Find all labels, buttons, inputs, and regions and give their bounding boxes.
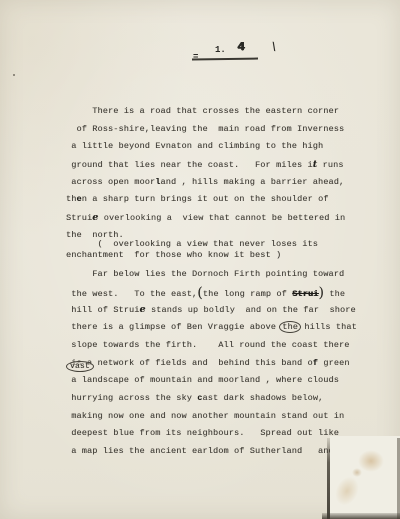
text-segment: ground that lies near the coast. For mil… <box>66 160 313 170</box>
text-segment: th <box>66 194 77 204</box>
text-segment: slope towards the firth. All round the c… <box>66 340 350 350</box>
text-segment: a landscape of mountain and moorland , w… <box>66 375 339 385</box>
stain <box>13 74 15 76</box>
text-segment: a little beyond Evnaton and climbing to … <box>66 141 323 151</box>
text-segment: ( overlooking a view that never loses it… <box>66 239 318 249</box>
annotation-circled-word: vast <box>66 361 94 372</box>
typed-line: of Ross-shire,leaving the main road from… <box>66 121 366 139</box>
equals-mark: = <box>193 52 197 62</box>
text-segment: runs <box>317 160 343 170</box>
strikethrough-mark <box>192 58 258 61</box>
struck-out-word: Strui <box>292 289 318 299</box>
typed-line: Struie overlooking a view that cannot be… <box>66 209 366 227</box>
handwritten-parenthesis: ) <box>318 285 324 301</box>
typed-line: slope towards the firth. All round the c… <box>66 337 366 355</box>
under-sheet-corner <box>330 436 400 519</box>
text-segment: the <box>324 289 345 299</box>
text-segment: ast dark shadows below, <box>203 393 324 403</box>
text-segment: hills that <box>299 322 357 332</box>
typed-line: enchantment for those who know it best ) <box>66 250 366 261</box>
text-segment: Strui <box>66 213 92 223</box>
typed-text: There is a road that crosses the eastern… <box>66 103 366 461</box>
text-segment: enchantment for those who know it best ) <box>66 250 281 260</box>
text-segment: hurrying across the sky <box>66 393 197 403</box>
text-segment: overlooking a view that cannot be better… <box>98 213 345 223</box>
typed-line: hill of Struie stands up boldly and on t… <box>66 301 366 319</box>
typed-line: across open moorland , hills making a ba… <box>66 174 366 192</box>
text-segment: of Ross-shire,leaving the main road from… <box>66 124 344 134</box>
text-segment: a map lies the ancient earldom of Suther… <box>66 446 334 456</box>
text-segment: There is a road that crosses the eastern… <box>66 106 339 116</box>
typed-line: then a sharp turn brings it out on the s… <box>66 191 366 209</box>
text-segment: across open moor <box>66 177 155 187</box>
text-segment: making now one and now another mountain … <box>66 411 344 421</box>
crossed-out-number: 4 <box>237 40 244 54</box>
typed-line: ground that lies near the coast. For mil… <box>66 156 366 174</box>
text-segment: green <box>318 358 350 368</box>
text-segment: n a sharp turn brings it out on the shou… <box>82 194 329 204</box>
typed-line: is a network of fields and behind this b… <box>66 355 366 373</box>
annotation-circled-word: the <box>279 321 301 333</box>
manuscript-page: = 1. 4 \ There is a road that crosses th… <box>0 0 400 519</box>
handwritten-parenthesis: ( <box>197 285 203 301</box>
text-segment: is a network of fields and behind this b… <box>66 358 313 368</box>
text-segment: the west. To the east, <box>66 289 197 299</box>
text-segment: the long ramp of <box>203 289 292 299</box>
text-segment: stands up boldly and on the far shore <box>146 305 356 315</box>
text-segment: deepest blue from its neighbours. Spread… <box>66 428 339 438</box>
typed-line: Far below lies the Dornoch Firth pointin… <box>66 266 366 284</box>
typed-line: ( overlooking a view that never loses it… <box>66 239 366 250</box>
page-edge-shadow <box>322 513 400 519</box>
tick-mark: \ <box>271 40 277 53</box>
typed-line: hurrying across the sky cast dark shadow… <box>66 390 366 408</box>
typed-line: There is a road that crosses the eastern… <box>66 103 366 121</box>
page-number: 1. <box>215 45 226 55</box>
text-segment: Far below lies the Dornoch Firth pointin… <box>66 269 344 279</box>
typed-line: a little beyond Evnaton and climbing to … <box>66 138 366 156</box>
page-header: = 1. 4 \ <box>190 40 290 68</box>
text-segment: there is a glimpse of Ben Vraggie above <box>66 322 281 332</box>
typed-line: making now one and now another mountain … <box>66 408 366 426</box>
typed-line: deepest blue from its neighbours. Spread… <box>66 425 366 443</box>
typed-line: the west. To the east,(the long ramp of … <box>66 284 366 302</box>
page-edge-shadow <box>327 438 330 519</box>
text-segment: and , hills making a barrier ahead, <box>161 177 345 187</box>
typed-line: there is a glimpse of Ben Vraggie above … <box>66 319 366 337</box>
typed-line: a map lies the ancient earldom of Suther… <box>66 443 366 461</box>
text-segment: hill of Strui <box>66 305 140 315</box>
typed-line: vast a landscape of mountain and moorlan… <box>66 372 366 390</box>
